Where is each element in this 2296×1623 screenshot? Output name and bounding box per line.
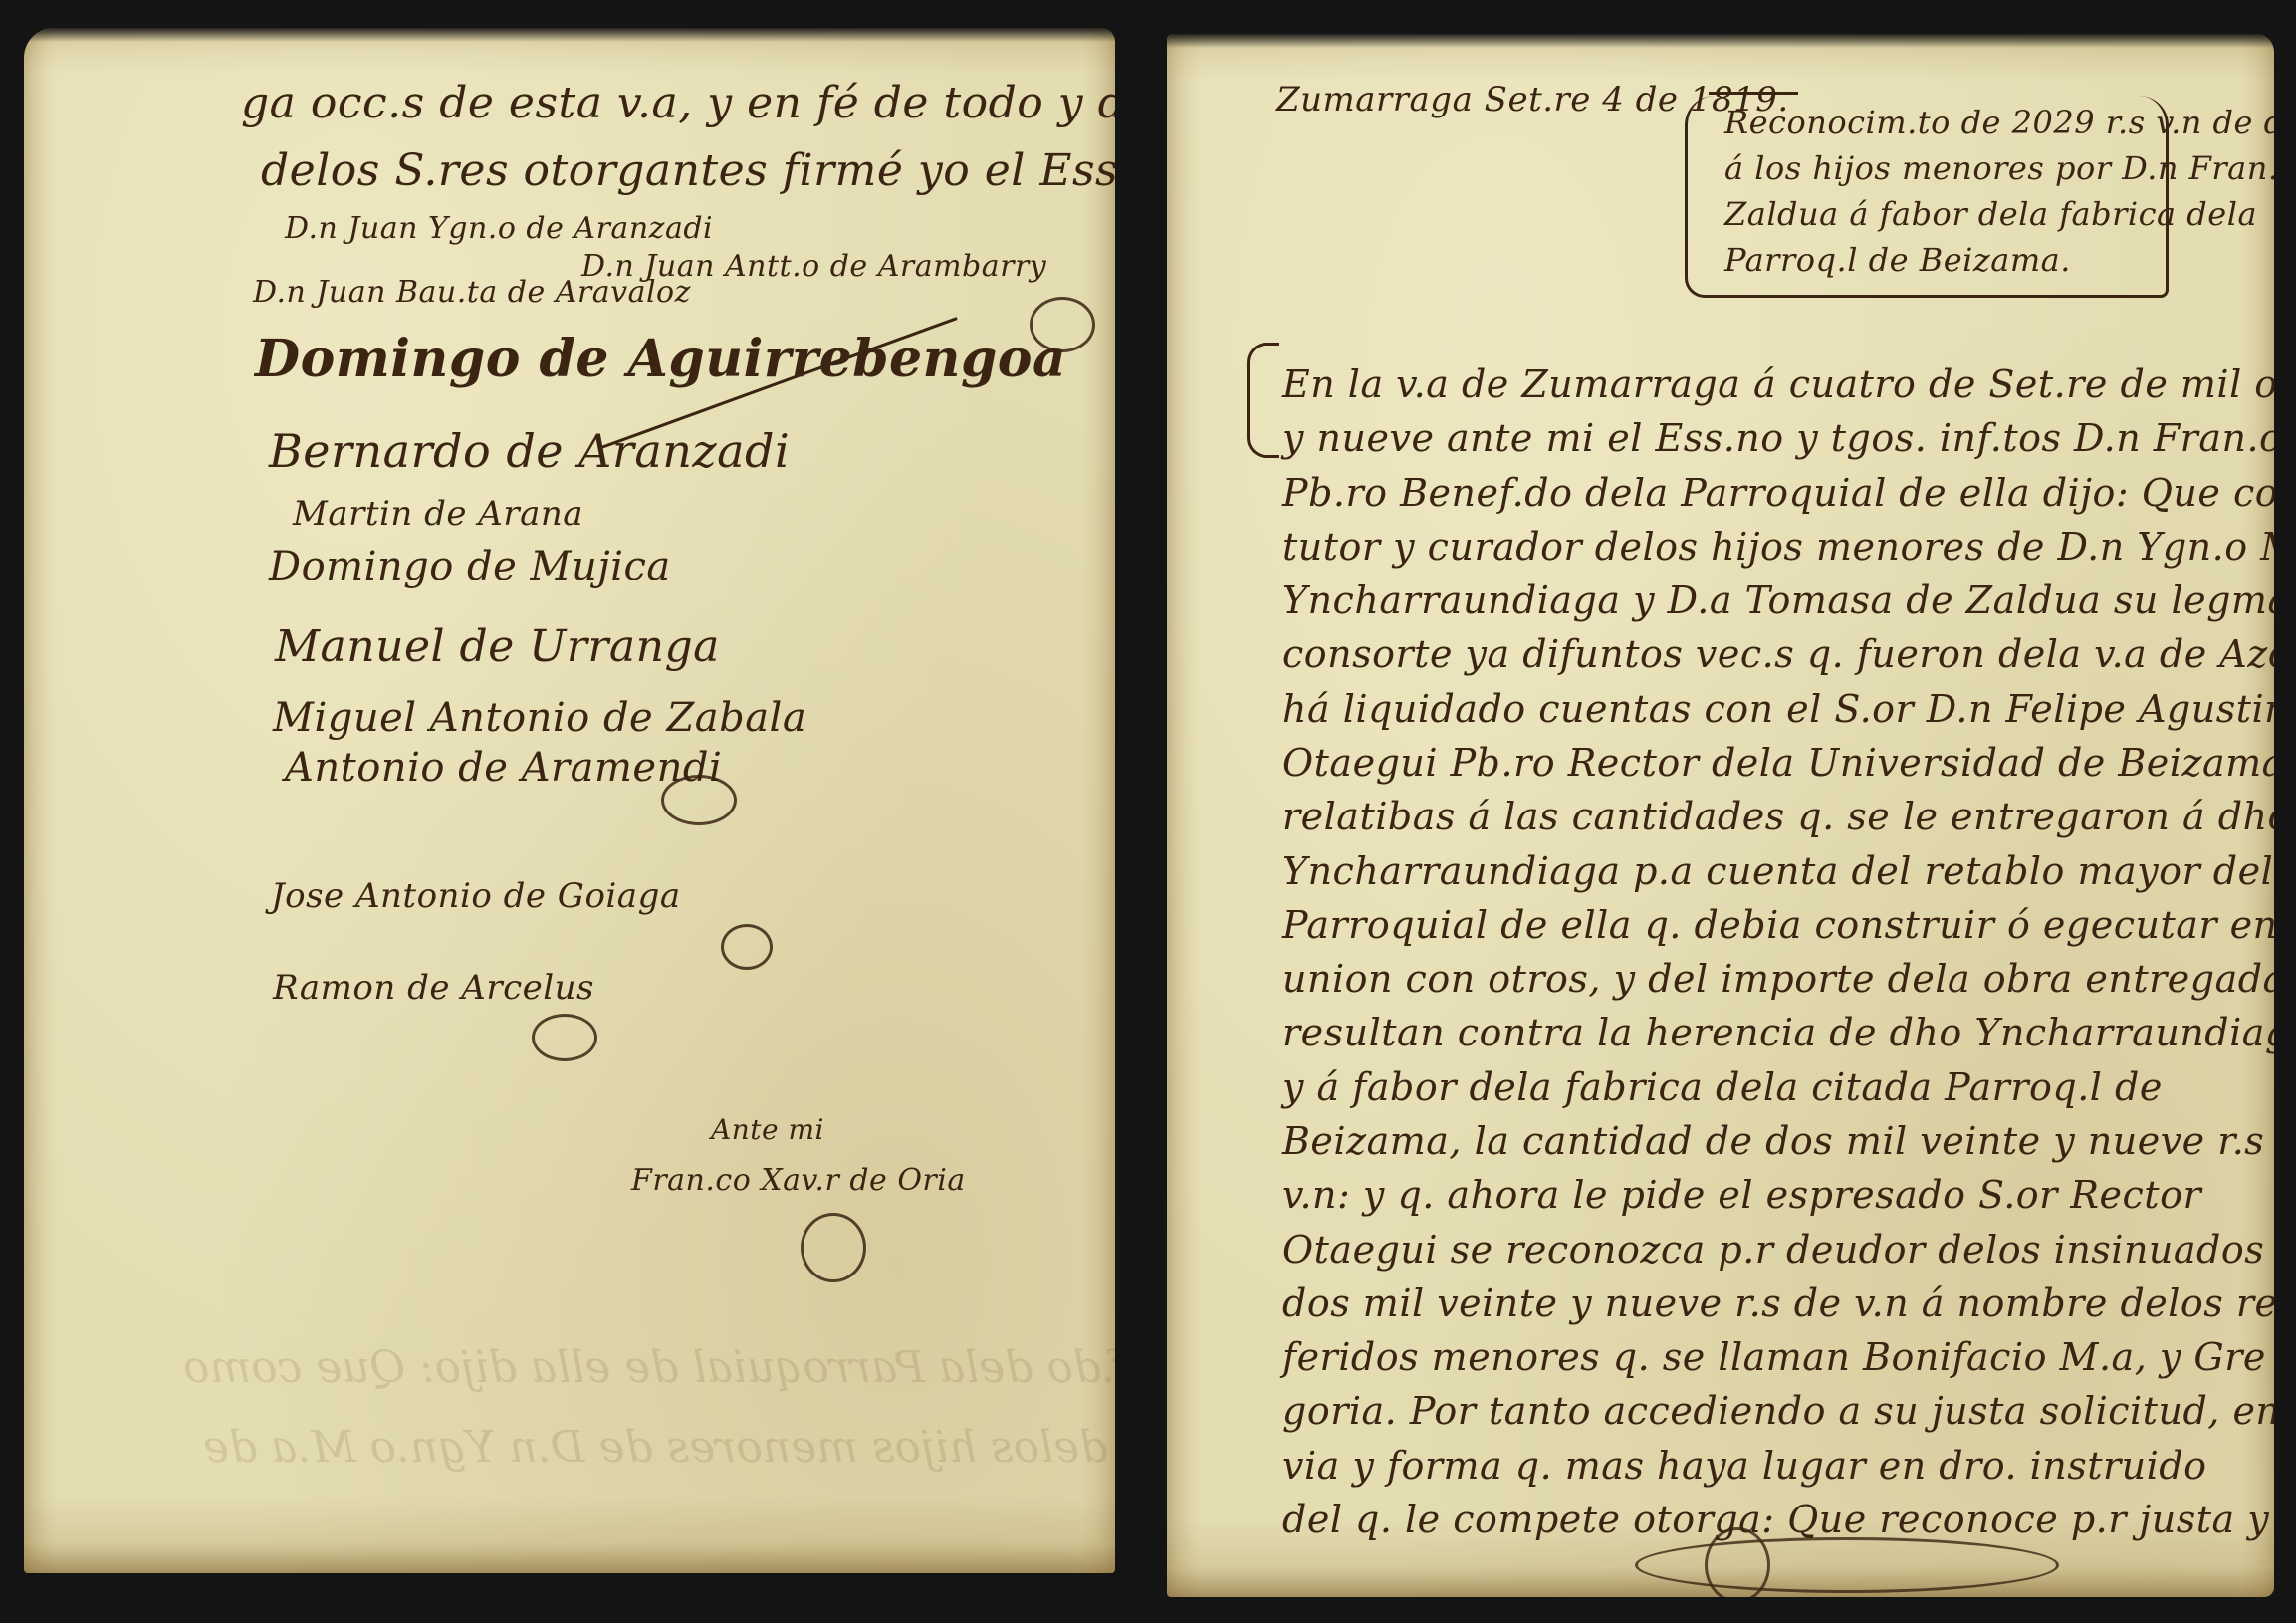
signature: D.n Juan Ygn.o de Aranzadi bbox=[285, 211, 713, 246]
notary-signature: Fran.co Xav.r de Oria bbox=[631, 1163, 966, 1198]
torn-edge-top bbox=[24, 28, 1115, 42]
torn-edge-top bbox=[1167, 34, 2274, 48]
body-line: resultan contra la herencia de dho Yncha… bbox=[1282, 1011, 2274, 1054]
body-line: feridos menores q. se llaman Bonifacio M… bbox=[1282, 1335, 2266, 1379]
signature: Ramon de Arcelus bbox=[273, 968, 594, 1008]
signature: Manuel de Urranga bbox=[275, 621, 720, 672]
notary-ante-mi: Ante mi bbox=[711, 1113, 824, 1146]
body-line: Beizama, la cantidad de dos mil veinte y… bbox=[1282, 1119, 2274, 1163]
bleed-through-text: tutor y curador delos hijos menores de D… bbox=[203, 1422, 1115, 1473]
body-line: y nueve ante mi el Ess.no y tgos. inf.to… bbox=[1282, 416, 2274, 460]
body-line: Otaegui Pb.ro Rector dela Universidad de… bbox=[1282, 741, 2274, 785]
body-line: Otaegui se reconozca p.r deudor delos in… bbox=[1282, 1228, 2264, 1272]
signature: Miguel Antonio de Zabala bbox=[273, 695, 806, 741]
stained-edge-bottom bbox=[24, 1543, 1115, 1573]
margin-note-line: Reconocim.to de 2029 r.s v.n de deuda bbox=[1724, 104, 2274, 141]
right-folio: Zumarraga Set.re 4 de 1819. Reconocim.to… bbox=[1167, 34, 2274, 1597]
body-line: tutor y curador delos hijos menores de D… bbox=[1282, 525, 2274, 569]
body-line: dos mil veinte y nueve r.s de v.n á nomb… bbox=[1282, 1281, 2274, 1325]
body-line: goria. Por tanto accediendo a su justa s… bbox=[1282, 1389, 2274, 1433]
left-folio: Pb.ro Benef.do dela Parroquial de ella d… bbox=[24, 28, 1115, 1573]
body-line: Yncharraundiaga p.a cuenta del retablo m… bbox=[1282, 849, 2274, 893]
body-line: Pb.ro Benef.do dela Parroquial de ella d… bbox=[1282, 471, 2274, 515]
closing-line: delos S.res otorgantes firmé yo el Ess.n… bbox=[261, 145, 1115, 196]
signature: Martin de Arana bbox=[293, 494, 583, 534]
body-line: Yncharraundiaga y D.a Tomasa de Zaldua s… bbox=[1282, 579, 2274, 622]
opening-initial-flourish bbox=[1247, 343, 1279, 458]
signature: Domingo de Mujica bbox=[269, 544, 671, 589]
rubric-flourish bbox=[532, 1014, 597, 1061]
body-line: relatibas á las cantidades q. se le entr… bbox=[1282, 795, 2274, 838]
bleed-through-text: Pb.ro Benef.do dela Parroquial de ella d… bbox=[183, 1342, 1115, 1393]
signature: Jose Antonio de Goiaga bbox=[271, 876, 681, 916]
margin-rule bbox=[1709, 92, 1798, 95]
body-line: há liquidado cuentas con el S.or D.n Fel… bbox=[1282, 687, 2274, 731]
notary-rubric bbox=[801, 1213, 866, 1282]
signature: Antonio de Aramendi bbox=[285, 745, 722, 791]
margin-note-line: Parroq.l de Beizama. bbox=[1724, 241, 2071, 279]
body-line: Parroquial de ella q. debia construir ó … bbox=[1282, 903, 2274, 947]
signature: Bernardo de Aranzadi bbox=[269, 424, 790, 478]
rubric-flourish bbox=[721, 924, 773, 970]
body-line: consorte ya difuntos vec.s q. fueron del… bbox=[1282, 632, 2274, 676]
body-line: via y forma q. mas haya lugar en dro. in… bbox=[1282, 1444, 2207, 1488]
signature: Domingo de Aguirrebengoa bbox=[255, 329, 1066, 389]
rubric-flourish bbox=[661, 775, 737, 825]
margin-note-line: á los hijos menores por D.n Fran.co de bbox=[1724, 149, 2274, 187]
body-line: y á fabor dela fabrica dela citada Parro… bbox=[1282, 1065, 2163, 1109]
body-line: union con otros, y del importe dela obra… bbox=[1282, 957, 2274, 1001]
body-line: del q. le compete otorga: Que reconoce p… bbox=[1282, 1498, 2269, 1541]
body-line: v.n: y q. ahora le pide el espresado S.o… bbox=[1282, 1173, 2201, 1217]
closing-flourish bbox=[1635, 1537, 2059, 1593]
closing-flourish-loop bbox=[1705, 1527, 1770, 1597]
margin-note-line: Zaldua á fabor dela fabrica dela bbox=[1724, 195, 2257, 233]
closing-line: ga occ.s de esta v.a, y en fé de todo y … bbox=[241, 78, 1115, 128]
body-line: En la v.a de Zumarraga á cuatro de Set.r… bbox=[1282, 362, 2274, 406]
signature: D.n Juan Bau.ta de Aravaloz bbox=[253, 275, 691, 310]
